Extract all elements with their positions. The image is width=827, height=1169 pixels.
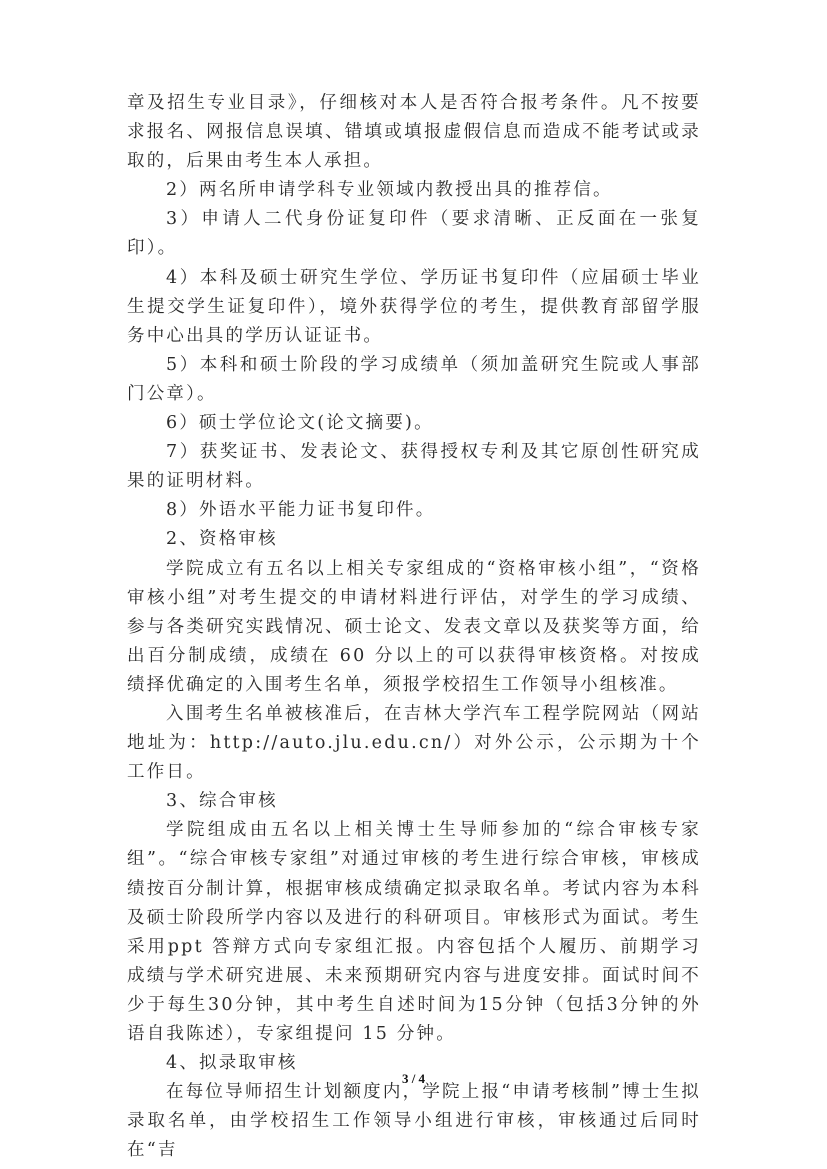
section-heading-qualification-review: 2、资格审核	[127, 525, 701, 554]
document-body: 章及招生专业目录》，仔细核对本人是否符合报考条件。凡不按要求报名、网报信息误填、…	[127, 89, 701, 1165]
page-number: 3 / 4	[0, 1071, 827, 1087]
document-page: 章及招生专业目录》，仔细核对本人是否符合报考条件。凡不按要求报名、网报信息误填、…	[0, 0, 827, 1169]
list-item-degree-certificates: 4）本科及硕士研究生学位、学历证书复印件（应届硕士毕业生提交学生证复印件），境外…	[127, 264, 701, 351]
list-item-id-copy: 3）申请人二代身份证复印件（要求清晰、正反面在一张复印）。	[127, 205, 701, 263]
paragraph-qualification-review: 学院成立有五名以上相关专家组成的“资格审核小组”，“资格审核小组”对考生提交的申…	[127, 555, 701, 700]
list-item-master-thesis: 6）硕士学位论文(论文摘要)。	[127, 409, 701, 438]
section-heading-comprehensive-review: 3、综合审核	[127, 787, 701, 816]
paragraph-admission-review: 在每位导师招生计划额度内，学院上报“申请考核制”博士生拟录取名单，由学校招生工作…	[127, 1078, 701, 1165]
paragraph-publicity: 入围考生名单被核准后，在吉林大学汽车工程学院网站（网站地址为：http://au…	[127, 700, 701, 787]
list-item-language-certificate: 8）外语水平能力证书复印件。	[127, 496, 701, 525]
paragraph-comprehensive-review: 学院组成由五名以上相关博士生导师参加的“综合审核专家组”。“综合审核专家组”对通…	[127, 816, 701, 1049]
paragraph-application-requirements: 章及招生专业目录》，仔细核对本人是否符合报考条件。凡不按要求报名、网报信息误填、…	[127, 89, 701, 176]
list-item-research-achievements: 7）获奖证书、发表论文、获得授权专利及其它原创性研究成果的证明材料。	[127, 438, 701, 496]
list-item-transcripts: 5）本科和硕士阶段的学习成绩单（须加盖研究生院或人事部门公章）。	[127, 351, 701, 409]
list-item-recommendation-letters: 2）两名所申请学科专业领域内教授出具的推荐信。	[127, 176, 701, 205]
